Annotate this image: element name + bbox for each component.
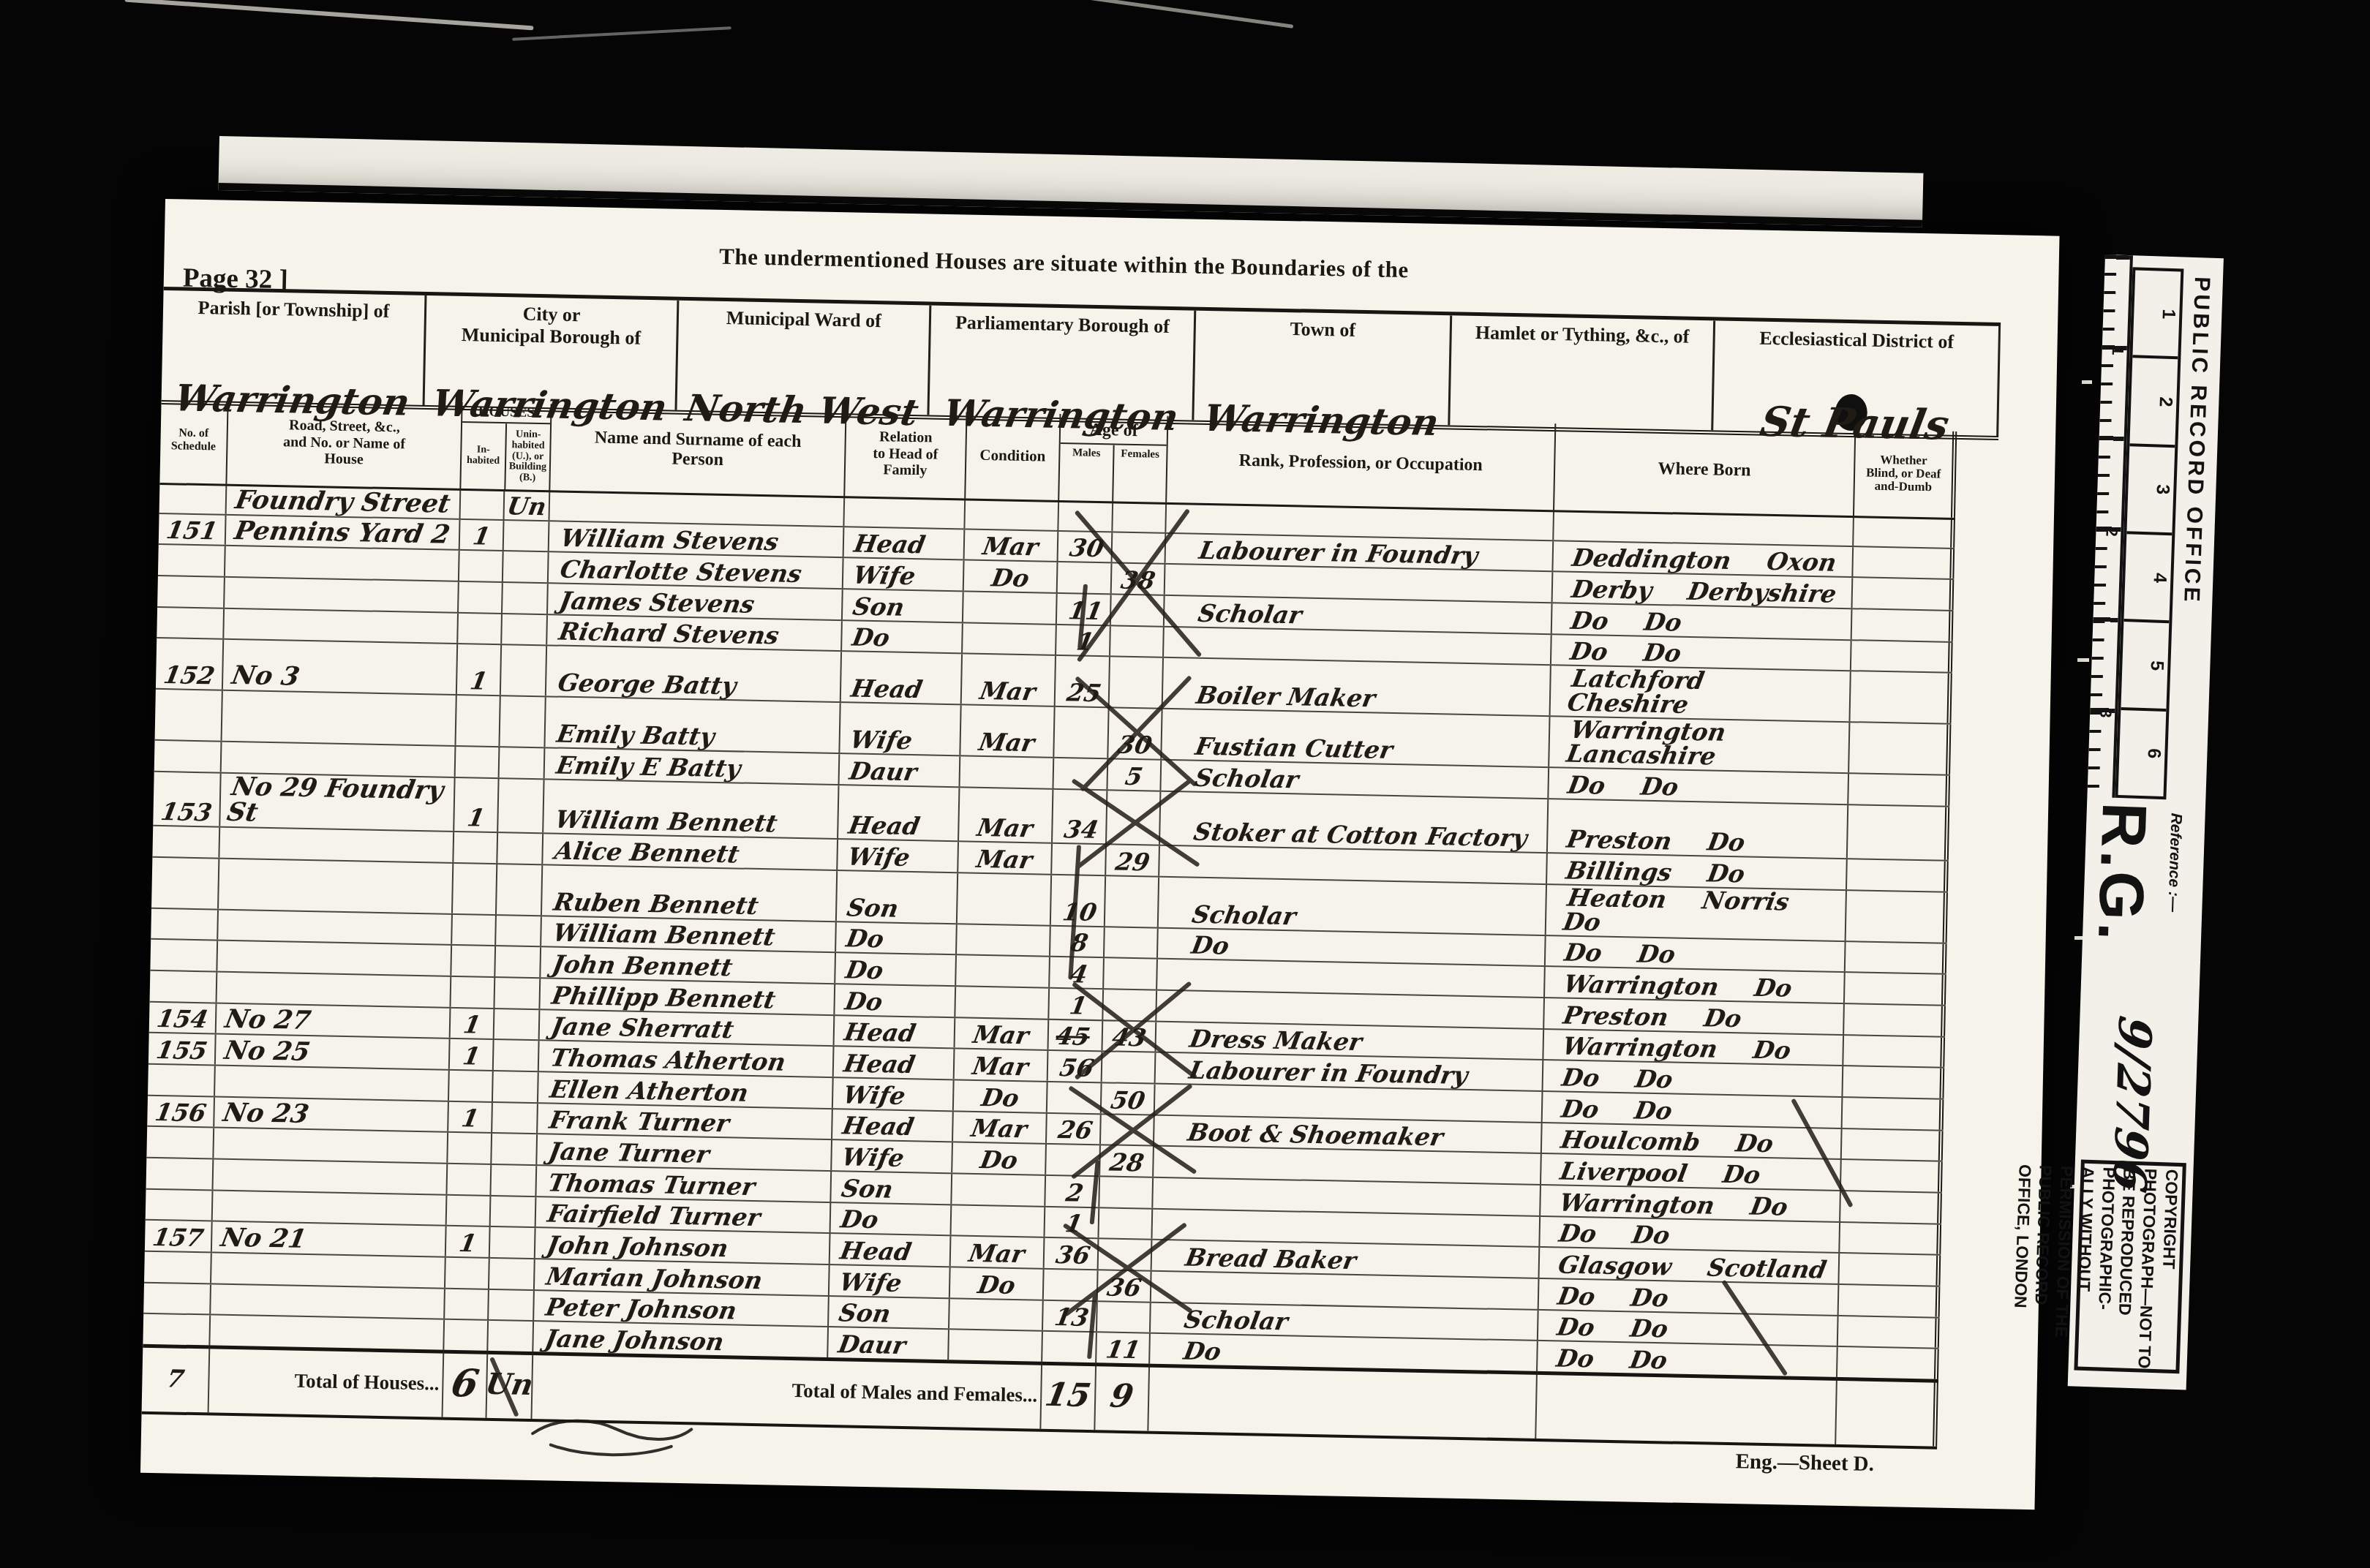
relation-value: Wife	[849, 728, 914, 753]
blind-deaf-cell	[1842, 1129, 1944, 1161]
road-name: No 25	[222, 1038, 312, 1065]
age-male: 11	[1066, 598, 1105, 623]
boundary-label: Town of	[1196, 317, 1451, 344]
birthplace-value: Do Do	[1555, 1315, 1670, 1341]
birthplace-value: Do Do	[1569, 608, 1684, 634]
age-male: 10	[1061, 900, 1099, 924]
relation-value: Wife	[840, 1145, 906, 1170]
schedule-number: 157	[151, 1225, 206, 1250]
blind-deaf-cell	[1838, 1316, 1940, 1348]
occupation-value: Labourer in Foundry	[1197, 538, 1480, 568]
person-name: Richard Stevens	[557, 619, 781, 648]
occupation-value: Scholar	[1190, 902, 1298, 928]
relation-value: Do	[839, 1207, 881, 1232]
blind-deaf-cell	[1850, 672, 1952, 724]
blind-deaf-cell	[1852, 609, 1954, 641]
road-name: No 3	[230, 663, 301, 690]
person-name: Jane Turner	[547, 1139, 712, 1166]
age-female: 36	[1105, 1275, 1143, 1300]
blind-deaf-cell	[1851, 641, 1953, 672]
birthplace-value: Warrington Lancashire	[1565, 717, 1853, 771]
schedule-number: 151	[165, 519, 219, 543]
blind-deaf-cell	[1843, 1066, 1944, 1098]
blind-deaf-cell	[1854, 516, 1955, 547]
condition-value: Mar	[970, 1116, 1029, 1141]
birthplace-value: Warrington Do	[1558, 1190, 1790, 1218]
relation-value: Daur	[837, 1332, 908, 1357]
condition-value: Do	[979, 1085, 1021, 1110]
boundary-label: Parish [or Township] of	[163, 296, 425, 323]
relation-value: Wife	[846, 844, 912, 870]
age-male: 8	[1069, 931, 1090, 955]
census-scan: The undermentioned Houses are situate wi…	[0, 0, 2370, 1568]
blind-deaf-cell	[1837, 1347, 1939, 1379]
total-males-value: 15	[1043, 1379, 1094, 1412]
age-male: 36	[1054, 1243, 1092, 1267]
grid-number: 4	[2149, 572, 2170, 583]
relation-value: Head	[843, 1020, 917, 1046]
boundary-parl-borough: Parliamentary Borough of Warrington	[929, 305, 1196, 420]
occupation-value: Scholar	[1182, 1308, 1290, 1334]
age-male: 26	[1056, 1118, 1094, 1143]
ruler-number: 2	[2102, 527, 2121, 537]
occupation-value: Stoker at Cotton Factory	[1192, 820, 1529, 851]
grid-number: 6	[2143, 748, 2164, 759]
grid-number: 2	[2155, 396, 2176, 407]
col-females: Females	[1113, 445, 1167, 502]
stamp-reference-label: Reference :—	[2162, 813, 2185, 938]
road-name: No 29 Foundry St	[225, 774, 458, 829]
boundary-town: Town of Warrington	[1194, 311, 1452, 426]
birthplace-value: Do Do	[1566, 773, 1681, 799]
condition-value: Do	[978, 1147, 1020, 1172]
condition-value: Mar	[978, 679, 1037, 704]
age-female: 28	[1107, 1150, 1145, 1175]
birthplace-value: Do Do	[1556, 1284, 1671, 1310]
age-female: 43	[1110, 1025, 1148, 1050]
condition-value: Do	[990, 565, 1031, 590]
grid-number: 3	[2152, 484, 2173, 495]
condition-value: Mar	[975, 847, 1034, 872]
person-name: James Stevens	[557, 588, 756, 616]
blind-deaf-cell	[1846, 891, 1948, 943]
age-male-struck: 45	[1054, 1024, 1092, 1049]
census-page: The undermentioned Houses are situate wi…	[140, 199, 2060, 1509]
stamp-series: R.G.	[2083, 802, 2156, 1023]
relation-value: Son	[851, 594, 906, 619]
road-name: No 27	[223, 1006, 312, 1033]
birthplace-value: Do Do	[1562, 941, 1677, 967]
person-name: Phillipp Bennett	[550, 983, 778, 1011]
scan-scratch	[512, 26, 731, 41]
blind-deaf-cell	[1853, 578, 1955, 610]
relation-value: Do	[843, 989, 885, 1014]
total-schedules: 7	[165, 1366, 186, 1390]
col-occupation: Rank, Profession, or Occupation	[1238, 451, 1483, 475]
birthplace-value: Houlcomb Do	[1559, 1128, 1775, 1156]
blind-deaf-cell	[1840, 1223, 1941, 1254]
col-blind: Whether Blind, or Deaf and-Dumb	[1866, 453, 1941, 494]
blind-deaf-cell	[1847, 859, 1949, 891]
person-name: William Bennett	[554, 807, 780, 836]
col-road: Road, Street, &c., and No. or Name of Ho…	[282, 418, 405, 469]
relation-value: Head	[849, 676, 924, 702]
relation-value: Head	[840, 1114, 915, 1139]
occupation-value: Boot & Shoemaker	[1186, 1120, 1445, 1150]
boundary-value: Warrington	[429, 381, 670, 429]
condition-value: Mar	[976, 815, 1035, 840]
person-name: George Batty	[556, 671, 738, 698]
blind-deaf-cell	[1839, 1285, 1941, 1316]
boundary-label: Municipal Ward of	[679, 306, 930, 333]
birthplace-value: Do Do	[1554, 1346, 1669, 1373]
relation-value: Do	[851, 625, 892, 650]
boundary-ecclesiastical: Ecclesiastical District of St Pauls	[1713, 320, 2001, 436]
relation-value: Head	[852, 532, 927, 557]
birthplace-value: Latchford Cheshire	[1565, 666, 1854, 720]
person-name: Alice Bennett	[553, 838, 741, 866]
condition-value: Mar	[967, 1241, 1026, 1266]
relation-value: Son	[845, 895, 900, 920]
birthplace-value: Warrington Do	[1562, 972, 1794, 1000]
inhabited-mark: 1	[468, 669, 489, 693]
blind-deaf-cell	[1839, 1254, 1941, 1285]
birthplace-value: Liverpool Do	[1558, 1159, 1762, 1187]
schedule-number: 153	[159, 799, 214, 824]
person-name: Thomas Turner	[546, 1170, 757, 1198]
occupation-value: Boiler Maker	[1195, 683, 1377, 711]
person-name: Frank Turner	[548, 1108, 731, 1136]
inhabited-mark: 1	[471, 524, 492, 549]
grid-number: 1	[2158, 309, 2179, 320]
total-females-value: 9	[1108, 1381, 1136, 1413]
birthplace-value: Heaton Norris Do	[1562, 885, 1850, 938]
condition-value: Mar	[981, 534, 1040, 559]
blind-deaf-cell	[1848, 774, 1950, 806]
relation-value: Daur	[848, 759, 919, 785]
birthplace-value: Do Do	[1568, 639, 1683, 666]
birthplace-value: Glasgow Scotland	[1557, 1253, 1829, 1282]
boundary-hamlet: Hamlet or Tything, &c., of	[1450, 315, 1715, 430]
schedule-number: 152	[162, 663, 217, 687]
scan-scratch	[982, 0, 1294, 29]
relation-value: Son	[837, 1301, 892, 1326]
person-name: Thomas Atherton	[549, 1046, 788, 1074]
birthplace-value: Billings Do	[1564, 858, 1747, 886]
condition-value: Do	[976, 1273, 1017, 1297]
age-female: 11	[1104, 1338, 1142, 1362]
scan-scratch	[124, 0, 533, 31]
road-name: Foundry Street	[233, 487, 452, 517]
col-inhabited: In- habited	[461, 423, 507, 489]
birthplace-value: Deddington Oxon	[1570, 546, 1838, 575]
age-male: 34	[1062, 817, 1100, 842]
relation-value: Do	[844, 927, 886, 951]
age-male: 1	[1067, 993, 1088, 1017]
sheet-note: Eng.—Sheet D.	[1735, 1450, 1874, 1477]
col-uninhabited: Unin- habited (U.), or Building (B.)	[505, 423, 550, 490]
boundary-value: Warrington	[171, 376, 413, 423]
occupation-value: Scholar	[1193, 766, 1301, 792]
age-female: 38	[1119, 568, 1157, 593]
blind-deaf-cell	[1844, 1004, 1946, 1036]
person-name: Jane Sherratt	[549, 1014, 736, 1042]
birthplace-value: Preston Do	[1565, 827, 1747, 855]
torn-edge-mark	[2082, 380, 2092, 384]
copyright-notice: COPYRIGHT PHOTOGRAPH—NOT TO BE REPRODUCE…	[2085, 1166, 2182, 1371]
person-name: John Johnson	[545, 1233, 730, 1261]
person-name: John Bennett	[551, 952, 734, 980]
boundary-header: Parish [or Township] of Warrington City …	[162, 287, 2001, 440]
occupation-value: Labourer in Foundry	[1187, 1058, 1470, 1088]
condition-value: Mar	[971, 1054, 1030, 1079]
blind-deaf-cell	[1841, 1160, 1943, 1191]
schedule-number: 156	[153, 1100, 208, 1125]
inhabited-mark: 1	[459, 1107, 481, 1131]
person-name: Charlotte Stevens	[558, 557, 803, 586]
person-name: William Bennett	[552, 921, 778, 949]
relation-value: Head	[847, 813, 922, 839]
blind-deaf-cell	[1846, 942, 1947, 973]
person-name: Ellen Atherton	[548, 1077, 750, 1104]
age-male: 4	[1068, 962, 1089, 986]
inhabited-mark: 1	[462, 1013, 483, 1037]
person-name: Ruben Bennett	[552, 889, 760, 917]
road-name: No 23	[221, 1100, 310, 1127]
uninhabited-mark: Un	[505, 494, 549, 519]
boundary-label: Ecclesiastical District of	[1715, 326, 1998, 353]
birthplace-value: Do Do	[1557, 1221, 1672, 1248]
occupation-value: Dress Maker	[1188, 1027, 1364, 1054]
col-name: Name and Surname of each Person	[594, 429, 802, 472]
person-name: Peter Johnson	[544, 1295, 739, 1323]
torn-edge-mark	[2077, 658, 2089, 662]
age-male: 1	[1075, 630, 1096, 654]
ruler-number: 1	[2108, 346, 2127, 355]
boundary-parish: Parish [or Township] of Warrington	[162, 290, 427, 405]
total-houses-value: 6	[448, 1365, 481, 1403]
blind-deaf-cell	[1853, 547, 1955, 578]
person-name: Fairfield Turner	[546, 1202, 762, 1230]
ruler-number: 3	[2096, 709, 2115, 718]
birthplace-value: Do Do	[1560, 1096, 1674, 1123]
occupation-value: Fustian Cutter	[1194, 734, 1395, 762]
boundary-value: Warrington	[1200, 396, 1442, 444]
blind-deaf-cell	[1849, 723, 1951, 775]
age-male: 56	[1058, 1055, 1096, 1080]
boundary-ward: Municipal Ward of North West	[677, 301, 931, 415]
col-born: Where Born	[1658, 459, 1750, 480]
age-male: 30	[1068, 536, 1106, 561]
relation-value: Wife	[838, 1270, 903, 1295]
occupation-value: Scholar	[1196, 600, 1303, 627]
birthplace-value: Do Do	[1560, 1066, 1675, 1092]
total-uninhabited-value: Un	[484, 1370, 535, 1400]
relation-value: Wife	[851, 563, 917, 589]
age-female: 5	[1124, 764, 1145, 788]
birthplace-value: Derby Derbyshire	[1570, 577, 1838, 606]
birthplace-value: Warrington Do	[1561, 1034, 1793, 1063]
col-males: Males	[1059, 444, 1114, 501]
condition-value: Mar	[971, 1022, 1031, 1047]
age-female: 30	[1116, 733, 1154, 758]
relation-value: Do	[844, 957, 886, 982]
pro-stamp: 1 2 3 1 2 3 4 5 6 PUBLIC RECORD OFFICE R…	[2068, 255, 2224, 1390]
col-condition: Condition	[979, 447, 1045, 465]
age-male: 13	[1053, 1305, 1091, 1330]
age-male: 1	[1063, 1212, 1084, 1236]
condition-value: Mar	[977, 730, 1037, 755]
page-banner: The undermentioned Houses are situate wi…	[215, 233, 1912, 293]
col-schedule: No. of Schedule	[171, 426, 217, 453]
schedule-number: 154	[155, 1006, 210, 1031]
total-houses-label: Total of Houses...	[209, 1345, 445, 1417]
occupation-value: Bread Baker	[1184, 1245, 1358, 1273]
person-name: William Stevens	[559, 526, 780, 554]
schedule-number: 155	[154, 1038, 209, 1063]
age-male: 25	[1065, 681, 1103, 706]
boundary-label: Hamlet or Tything, &c., of	[1451, 321, 1713, 348]
relation-value: Head	[838, 1238, 913, 1264]
blind-deaf-cell	[1843, 1036, 1945, 1067]
inhabited-mark: 1	[461, 1044, 482, 1068]
blind-deaf-cell	[1848, 805, 1949, 860]
boundary-value: St Pauls	[1757, 398, 1953, 450]
person-name: Emily Batty	[555, 722, 717, 749]
boundary-value: North West	[682, 386, 922, 434]
blind-deaf-cell	[1843, 1098, 1944, 1129]
occupation-value: Do	[1182, 1339, 1224, 1364]
birthplace-value: Preston Do	[1562, 1003, 1744, 1030]
occupation-value: Do	[1189, 933, 1231, 958]
blind-deaf-cell	[1845, 973, 1946, 1004]
boundary-borough: City or Municipal Borough of Warrington	[425, 295, 680, 410]
person-name: Emily E Batty	[554, 753, 742, 781]
blind-deaf-cell	[1840, 1191, 1942, 1223]
person-name: Jane Johnson	[543, 1327, 726, 1354]
person-name: Marian Johnson	[544, 1264, 764, 1292]
inhabited-mark: 1	[465, 805, 486, 829]
col-relation: Relation to Head of Family	[873, 429, 938, 479]
relation-value: Head	[842, 1051, 917, 1077]
grid-number: 5	[2146, 660, 2167, 671]
road-name: Pennins Yard 2	[233, 518, 452, 548]
age-female: 50	[1109, 1088, 1147, 1112]
boundary-label: City or Municipal Borough of	[426, 301, 677, 350]
relation-value: Son	[840, 1176, 895, 1201]
age-female: 29	[1113, 849, 1151, 874]
census-table: Foundry Street Un 151 Pennins Yard 2 1 W…	[143, 483, 1955, 1383]
relation-value: Wife	[841, 1082, 907, 1108]
age-male: 2	[1064, 1180, 1085, 1205]
road-name: No 21	[219, 1225, 308, 1252]
pen-flourish	[528, 1411, 697, 1466]
boundary-label: Parliamentary Borough of	[931, 311, 1195, 338]
copyright-box: COPYRIGHT PHOTOGRAPH—NOT TO BE REPRODUCE…	[2074, 1160, 2186, 1374]
inhabited-mark: 1	[457, 1231, 478, 1255]
boundary-value: Warrington	[940, 391, 1181, 439]
